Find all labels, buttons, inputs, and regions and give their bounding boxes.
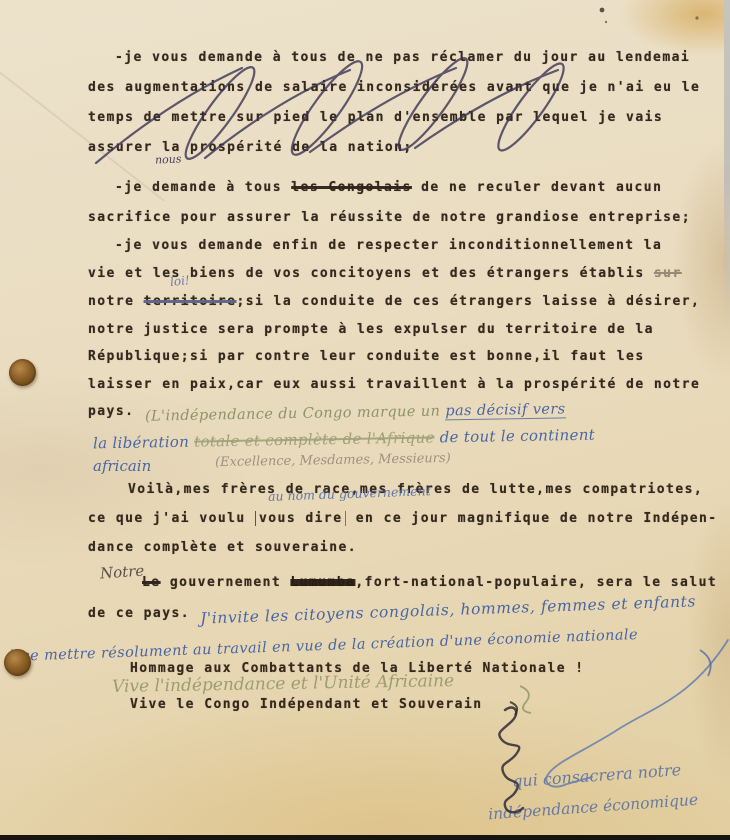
annotation-invite-line1: J'invite les citoyens congolais, hommes,… [200, 592, 696, 627]
annotation-independance-line1: (L'indépendance du Congo marque un pas d… [145, 401, 566, 424]
typed-line: Le gouvernement Lumumba,fort-national-po… [142, 575, 717, 591]
annotation-consacrera-line1: qui consacrera notre [512, 760, 682, 791]
typed-line: notre justice sera prompte à les expulse… [88, 322, 654, 338]
typed-line: -je vous demande enfin de respecter inco… [115, 238, 662, 254]
annotation-independance-line2: la libération totale et complète de l'Af… [93, 426, 595, 453]
struck-le: Le [142, 575, 161, 590]
scanned-document-page: -je vous demande à tous de ne pas réclam… [0, 0, 730, 840]
blue-ink-segment: la libération [93, 433, 194, 453]
typed-line: des augmentations de salaire inconsidéré… [88, 80, 700, 96]
paraph-scribble [499, 708, 523, 813]
typed-line: sacrifice pour assurer la réussite de no… [88, 210, 691, 226]
ink-blot-top [600, 8, 605, 13]
scan-edge-right [724, 0, 730, 330]
struck-green-segment: totale et complète de l'Afrique [194, 428, 435, 450]
typed-segment: ;si la conduite de ces étrangers laisse … [236, 294, 700, 309]
ink-flourish-souverain [510, 702, 517, 715]
typed-segment: de ne reculer devant aucun [412, 180, 662, 195]
bracketed-vous-dire: vous dire [255, 511, 347, 526]
green-flourish-africaine [520, 686, 531, 713]
annotation-invite-line2: à se mettre résolument au travail en vue… [8, 627, 638, 665]
typed-line: assurer la prospérité de la nation; [88, 140, 413, 156]
scan-edge-bottom [0, 835, 730, 840]
struck-les-congolais: les Congolais [291, 180, 412, 195]
typed-line: -je demande à tous les Congolais de ne r… [115, 180, 662, 196]
typed-segment: ce que j'ai voulu [88, 511, 255, 526]
typed-line: laisser en paix,car eux aussi travaillen… [88, 377, 700, 393]
blue-ink-segment: de tout le continent [434, 426, 595, 447]
typed-line: -je vous demande à tous de ne pas réclam… [115, 50, 690, 66]
annotation-consacrera-line2: indépendance économique [488, 791, 699, 824]
typed-line: temps de mettre sur pied le plan d'ensem… [88, 110, 663, 126]
blue-ink-segment: pas décisif vers [445, 401, 565, 420]
annotation-nous: nous [155, 152, 182, 166]
annotation-notre: Notre [99, 561, 144, 582]
typed-segment: ,fort-national-populaire, sera le salut [355, 575, 717, 590]
punch-hole-top [9, 359, 36, 386]
ink-blot-top-right [695, 16, 698, 19]
annotation-excellence-pencil: (Excellence, Mesdames, Messieurs) [215, 451, 451, 470]
annotation-africain: africain [93, 457, 151, 475]
green-ink-segment: (L'indépendance du Congo marque un [145, 403, 446, 424]
struck-territoire: territoire [144, 294, 237, 309]
punch-hole-bottom [4, 649, 31, 676]
typed-segment: en ce jour magnifique de notre Indépen- [346, 511, 717, 526]
typed-line: pays. [88, 404, 134, 420]
blue-flourish-nationale [700, 650, 711, 676]
annotation-loi: loi! [169, 273, 190, 289]
struck-word: sur [654, 266, 682, 281]
typed-line: Vive le Congo Indépendant et Souverain [130, 697, 483, 713]
ink-blot-top-small [605, 21, 607, 23]
typed-line: de ce pays. [88, 606, 190, 622]
typed-line: dance complète et souveraine. [88, 540, 357, 556]
struck-lumumba: Lumumba [290, 575, 355, 590]
typed-line: notre territoire;si la conduite de ces é… [88, 294, 700, 310]
typed-segment: gouvernement [161, 575, 291, 590]
pen-flourish-loop-4 [490, 57, 572, 157]
typed-line: République;si par contre leur conduite e… [88, 349, 645, 365]
typed-line: ce que j'ai voulu vous dire en ce jour m… [88, 511, 718, 527]
typed-segment: notre [88, 294, 144, 309]
